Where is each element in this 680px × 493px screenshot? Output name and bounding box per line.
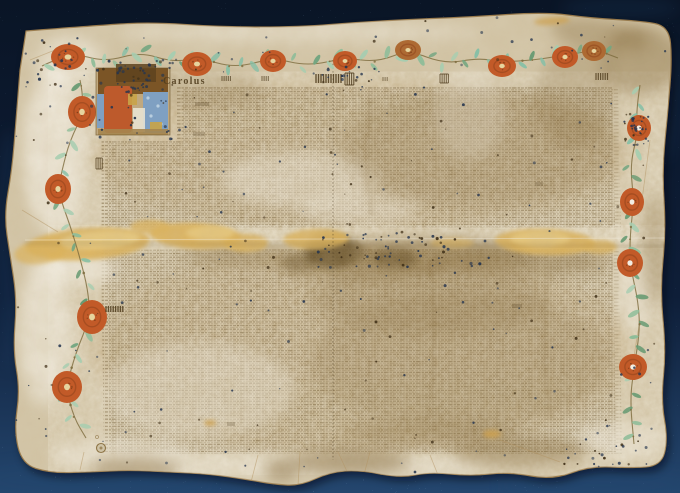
flower-center xyxy=(627,260,632,266)
flower-center xyxy=(194,62,200,67)
flower-center xyxy=(64,384,70,390)
flower-center xyxy=(89,314,95,321)
rose-flower xyxy=(68,96,96,128)
rose-flower xyxy=(617,249,643,277)
header-script-word: Carolus xyxy=(163,76,205,87)
flower-center xyxy=(592,49,597,53)
rose-flower xyxy=(52,371,82,403)
illuminated-initial xyxy=(96,63,170,135)
rose-flower xyxy=(45,174,71,204)
rose-flower xyxy=(51,44,85,70)
flower-center xyxy=(405,48,410,52)
flower-center xyxy=(343,59,348,63)
flower-center xyxy=(55,186,60,192)
rose-flower xyxy=(582,41,606,61)
rose-flower xyxy=(260,50,286,72)
manuscript-photo: Carolus xyxy=(0,0,680,493)
rose-flower xyxy=(488,55,516,77)
flower-center xyxy=(270,59,275,63)
rose-flower xyxy=(333,51,357,71)
flower-center xyxy=(630,199,635,205)
rose-flower xyxy=(182,52,212,76)
minim-marks xyxy=(196,102,208,106)
flower-center xyxy=(79,109,85,115)
flower-center xyxy=(499,64,505,68)
rose-flower xyxy=(627,115,651,141)
rose-flower xyxy=(620,188,644,216)
rose-flower xyxy=(552,46,578,68)
rose-flower xyxy=(619,354,647,380)
manuscript-scene: Carolus xyxy=(0,0,680,493)
flower-center xyxy=(562,55,567,59)
rose-flower xyxy=(77,300,107,334)
rose-flower xyxy=(395,40,421,60)
initial-figure xyxy=(104,86,132,133)
